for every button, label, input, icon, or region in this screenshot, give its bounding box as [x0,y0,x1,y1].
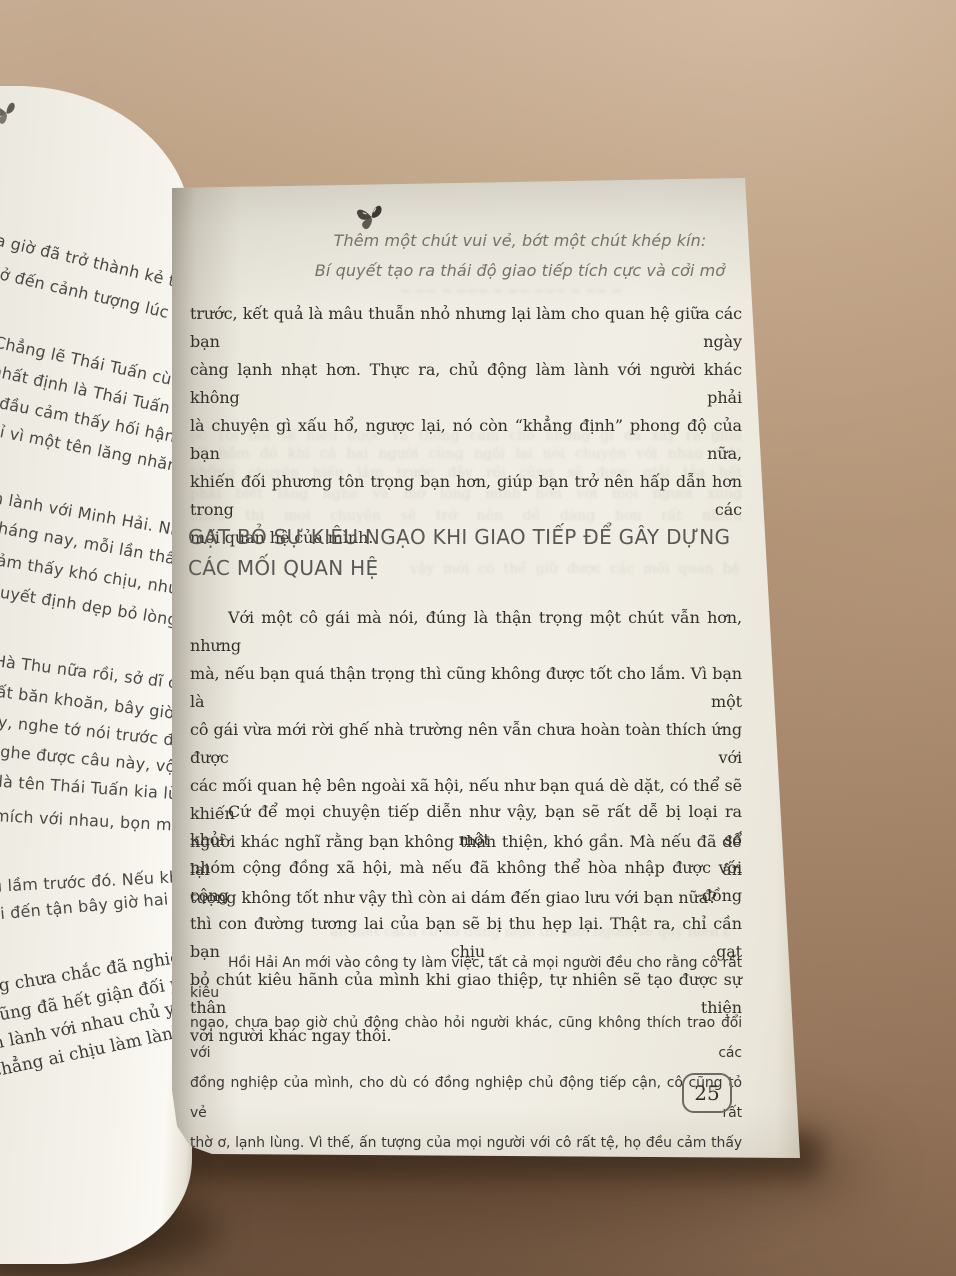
section-heading-line-2: CÁC MỐI QUAN HỆ [188,553,748,584]
paragraph-line: cô gái vừa mới rời ghế nhà trường nên vẫ… [190,716,742,772]
story-paragraph: Hồi Hải An mới vào công ty làm việc, tất… [190,948,742,1188]
running-header-line-1: Thêm một chút vui vẻ, bớt một chút khép … [270,226,770,256]
photo-of-open-book: { "colors": { "kraft_light": "#c6ac92", … [0,0,956,1276]
paragraph-line: Hồi Hải An mới vào công ty làm việc, tất… [190,948,742,1008]
butterfly-icon [0,96,26,134]
page-number: 25 [694,1081,719,1105]
paragraph-line: đồng nghiệp của mình, cho dù có đồng ngh… [190,1068,742,1128]
left-book-page: ưa giờ đã trở thành kẻ thhở đến cảnh tượ… [0,86,192,1264]
left-page-text: ưa giờ đã trở thành kẻ thhở đến cảnh tượ… [0,0,200,1276]
left-page-fragment: tháng nay, mỗi lần thấy cậ [0,517,200,574]
section-heading: GẠT BỎ SỰ KIÊU NGẠO KHI GIAO TIẾP ĐỂ GÂY… [188,522,748,584]
right-book-page: Thêm một chút vui vẻ, bớt một chút khép … [150,176,802,1166]
left-page-fragment: nhất định là Thái Tuấn giố [0,361,200,424]
running-header: Thêm một chút vui vẻ, bớt một chút khép … [270,226,770,286]
left-page-fragment: u lầm trước đó. Nếu không [0,866,200,896]
left-page-fragment: chẳng ai chịu làm lành [0,1022,185,1082]
left-page-fragment: ưa giờ đã trở thành kẻ th [0,228,187,293]
paragraph-line: mà, nếu bạn quá thận trọng thì cũng khôn… [190,660,742,716]
left-page-fragment: cảm thấy khó chịu, nhưng c [0,549,200,603]
left-page-fragment: nghe được câu này, vội nói: [0,741,200,780]
paragraph-line: càng lạnh nhạt hơn. Thực ra, chủ động là… [190,356,742,412]
paragraph-line: Với một cô gái mà nói, đúng là thận trọn… [190,604,742,660]
left-page-fragment: , là tên Thái Tuấn kia lừa đ [0,771,200,805]
paragraph-line: là chuyện gì xấu hổ, ngược lại, nó còn “… [190,412,742,468]
left-page-fragment: Hà Thu nữa rồi, sở dĩ cậ [0,651,188,694]
left-page-fragment: m lành với Minh Hải. Nhưng [0,487,200,545]
left-page-fragment: mích với nhau, bọn mình [0,806,198,836]
paragraph-line: Cứ để mọi chuyện tiếp diễn như vậy, bạn … [190,798,742,854]
running-header-line-2: Bí quyết tạo ra thái độ giao tiếp tích c… [270,256,770,286]
paragraph-line: nhóm cộng đồng xã hội, mà nếu đã không t… [190,854,742,910]
paragraph-line: khiến đối phương tôn trọng bạn hơn, giúp… [190,468,742,524]
left-page-fragment: ng chưa chắc đã nghiêm [0,945,198,998]
left-page-fragment: ậy, nghe tớ nói trước đã, tớ [0,711,200,753]
left-page-fragment: : Chẳng lẽ Thái Tuấn cùng l [0,330,200,395]
left-page-fragment: cũng đã hết giận đối ph [0,972,193,1027]
left-page-fragment: t đầu cảm thấy hối hận, ng [0,391,200,452]
page-number-badge: 25 [682,1073,732,1113]
left-page-fragment: hở đến cảnh tượng lúc M [0,262,190,326]
paragraph: trước, kết quả là mâu thuẫn nhỏ nhưng lạ… [190,300,742,552]
paragraph-line: trước, kết quả là mâu thuẫn nhỏ nhưng lạ… [190,300,742,356]
left-page-fragment: hi đến tận bây giờ hai cậ [0,887,193,924]
left-page-fragment: hỉ vì một tên lăng nhăng nh [0,420,200,482]
section-heading-line-1: GẠT BỎ SỰ KIÊU NGẠO KHI GIAO TIẾP ĐỂ GÂY… [188,522,748,553]
paragraph-line: ngạo, chưa bao giờ chủ động chào hỏi ngư… [190,1008,742,1068]
faint-pencil-scribble: ~ ~~ ~ ~~~ ~ ~~ ~~~ ~ ~~ ~ [400,284,730,299]
left-page-fragment: m lành với nhau chủ y [0,999,176,1055]
left-page-fragment: rất băn khoăn, bây giờ, vừ [0,681,200,726]
left-page-fragment: quyết định dẹp bỏ lòng tự á [0,581,200,635]
